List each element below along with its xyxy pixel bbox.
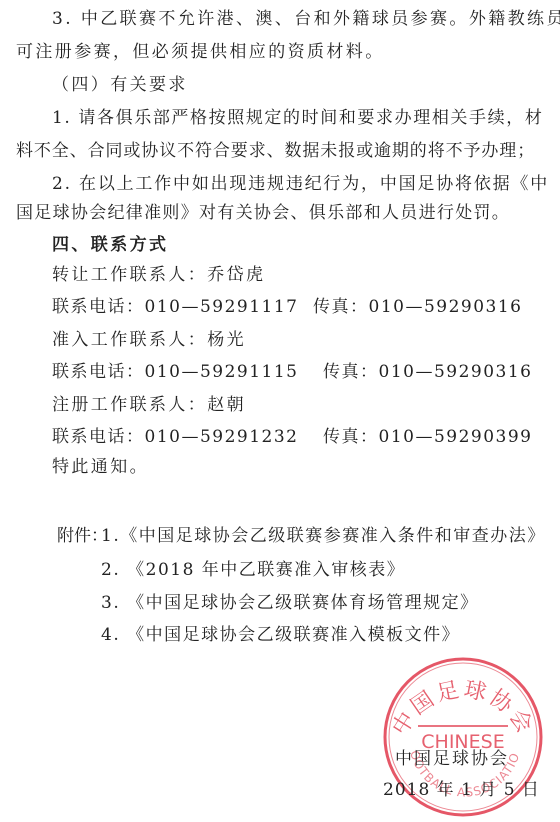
signature-organization: 中国足球协会 xyxy=(395,744,509,769)
contact-fax-registration: 传真：010—59290399 xyxy=(323,427,532,447)
section-requirements-heading: （四）有关要求 xyxy=(52,75,188,95)
attachment-item-3: 3. 《中国足球协会乙级联赛体育场管理规定》 xyxy=(101,593,479,613)
contact-label-registration: 注册工作联系人：赵朝 xyxy=(52,395,246,415)
attachment-item-2: 2. 《2018 年中乙联赛准入审核表》 xyxy=(101,560,405,580)
attachment-item-4: 4. 《中国足球协会乙级联赛准入模板文件》 xyxy=(101,625,460,645)
contact-heading: 四、联系方式 xyxy=(52,235,168,255)
contact-label-access: 准入工作联系人：杨光 xyxy=(52,330,246,350)
requirement-1-line1: 1. 请各俱乐部严格按照规定的时间和要求办理相关手续，材 xyxy=(52,108,543,128)
requirement-1-line2: 料不全、合同或协议不符合要求、数据未报或逾期的将不予办理； xyxy=(16,141,535,161)
requirement-2-line1: 2. 在以上工作中如出现违规违纪行为，中国足协将依据《中 xyxy=(52,174,549,194)
attachment-item-1: 1.《中国足球协会乙级联赛参赛准入条件和审查办法》 xyxy=(101,526,546,546)
contact-phone-registration: 联系电话：010—59291232 xyxy=(52,427,298,447)
contact-label-transfer: 转让工作联系人：乔岱虎 xyxy=(52,265,265,285)
paragraph-foreign-players-line2: 可注册参赛，但必须提供相应的资质材料。 xyxy=(16,42,385,62)
contact-phone-transfer: 联系电话：010—59291117 xyxy=(52,297,298,317)
contact-phone-access: 联系电话：010—59291115 xyxy=(52,362,298,382)
paragraph-foreign-players-line1: 3. 中乙联赛不允许港、澳、台和外籍球员参赛。外籍教练员 xyxy=(52,9,560,29)
closing-notice: 特此通知。 xyxy=(52,457,149,477)
signature-date: 2018 年 1 月 5 日 xyxy=(383,775,540,800)
contact-fax-access: 传真：010—59290316 xyxy=(323,362,532,382)
requirement-2-line2: 国足球协会纪律准则》对有关协会、俱乐部和人员进行处罚。 xyxy=(16,203,510,223)
contact-fax-transfer: 传真：010—59290316 xyxy=(313,297,522,317)
